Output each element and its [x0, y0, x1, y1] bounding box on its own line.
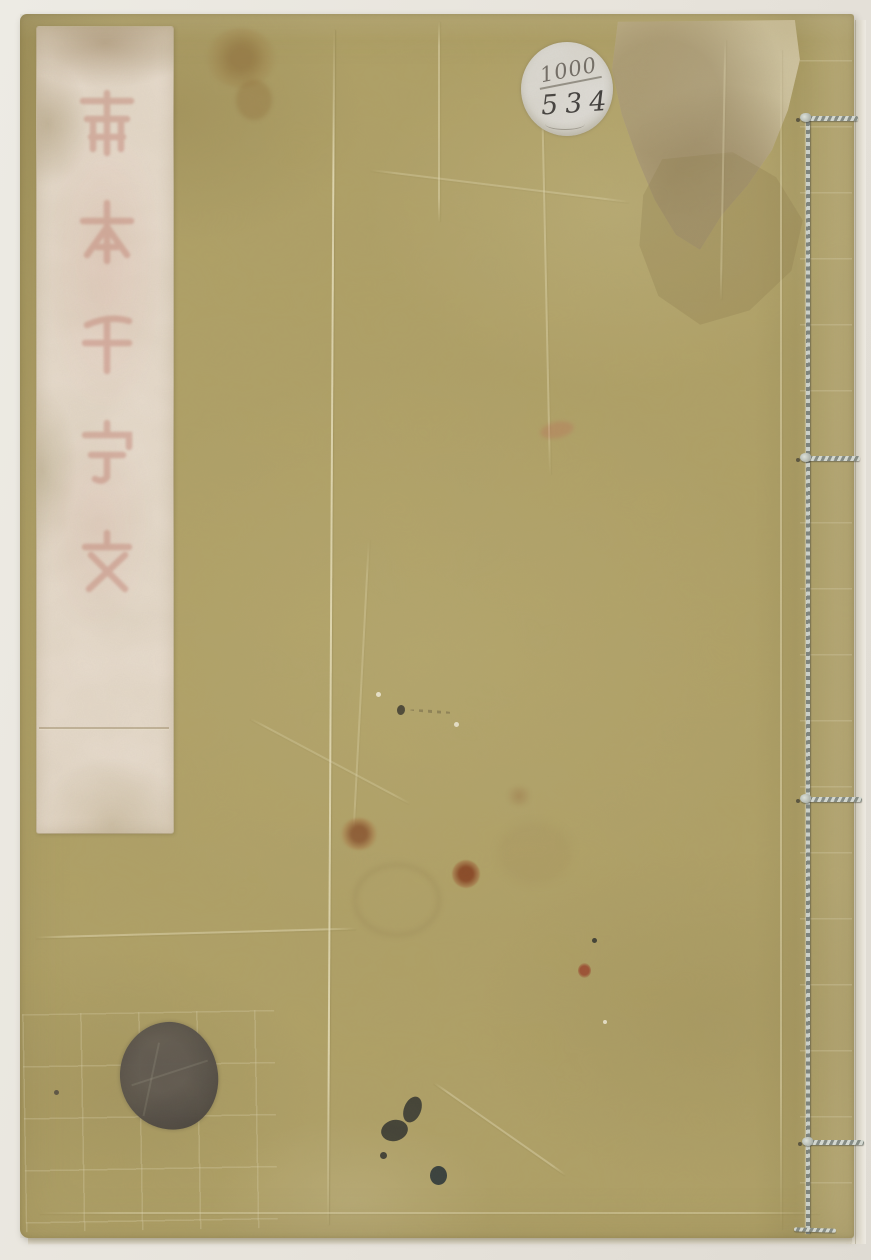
binding-knot [802, 1137, 813, 1146]
stain-blot [236, 80, 272, 120]
binding-knot [800, 453, 811, 462]
photo-of-book-cover: 畫本千字文 1000 534 [0, 0, 871, 1260]
binding-knot [800, 794, 811, 803]
paper-fleck [376, 692, 381, 697]
ring-stain [352, 862, 442, 938]
crease-line [780, 50, 782, 1230]
binding-stitch [806, 456, 860, 461]
slip-fold-line [39, 727, 169, 729]
thread-hole [796, 458, 800, 462]
stain-blot [506, 786, 532, 806]
title-slip: 畫本千字文 [36, 26, 174, 834]
crease-line [438, 22, 440, 222]
stain-blot [340, 818, 378, 850]
label-underline [545, 124, 585, 130]
seal-crease [131, 1060, 208, 1087]
ink-spot [592, 938, 597, 943]
binding-thread-vertical [806, 118, 810, 1234]
collection-label: 1000 534 [521, 42, 613, 136]
thread-hole [796, 799, 800, 803]
binding-stitch [806, 797, 862, 802]
ink-spot [54, 1090, 59, 1095]
page-edge-line [855, 20, 856, 1244]
label-number-top: 1000 [535, 52, 602, 90]
binding-stitch [806, 116, 858, 121]
label-number-bottom: 534 [540, 86, 615, 122]
title-slip-characters [65, 85, 149, 625]
binding-knot [800, 113, 811, 122]
paper-fleck [603, 1020, 607, 1024]
binding-stitch [808, 1140, 864, 1145]
thread-hole [798, 1142, 802, 1146]
ink-spot [380, 1152, 387, 1159]
stain-blot [206, 28, 276, 88]
paper-fleck [454, 722, 459, 727]
thread-hole [796, 118, 800, 122]
stain-blot [452, 860, 480, 888]
ink-spot [430, 1166, 447, 1185]
stain-blot [498, 822, 572, 884]
stain-blot [578, 963, 591, 978]
